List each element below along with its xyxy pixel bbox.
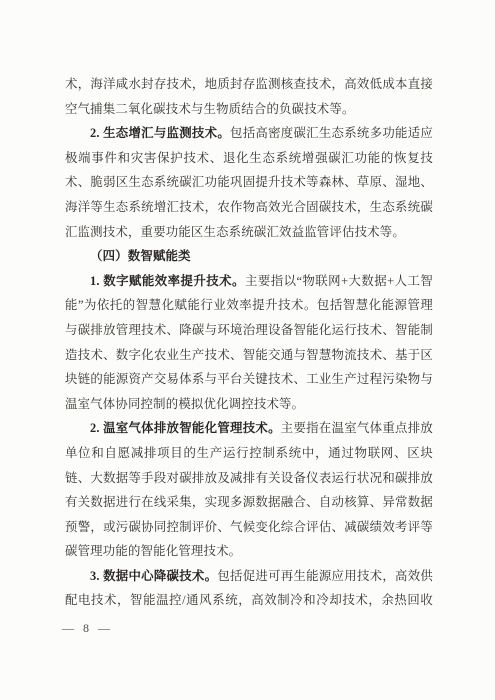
text-run: 术、脆弱区生态系统碳汇功能巩固提升技术等森林、草原、湿地、 — [65, 175, 433, 189]
text-run: 海洋等生态系统增汇技术，农作物高效光合固碳技术，生态系统碳 — [65, 200, 433, 214]
text-line: 配电技术，智能温控/通风系统，高效制冷和冷却技术，余热回收 — [65, 588, 433, 613]
text-run: 碳管理功能的智能化管理技术。 — [65, 544, 241, 558]
text-line: 海洋等生态系统增汇技术，农作物高效光合固碳技术，生态系统碳 — [65, 195, 433, 220]
text-run: 能”为依托的智慧化赋能行业效率提升技术。包括智慧化能源管理 — [65, 298, 433, 312]
document-page: 术，海洋咸水封存技术，地质封存监测核查技术，高效低成本直接空气捕集二氧化碳技术与… — [0, 0, 495, 700]
text-line: 3. 数据中心降碳技术。包括促进可再生能源应用技术，高效供 — [65, 564, 433, 589]
text-run: 单位和自愿减排项目的生产运行控制系统中，通过物联网、区块 — [65, 446, 433, 460]
text-run: 术，海洋咸水封存技术，地质封存监测核查技术，高效低成本直接 — [65, 77, 433, 91]
text-line: 块链的能源资产交易体系与平台关键技术、工业生产过程污染物与 — [65, 367, 433, 392]
bold-text-run: （四）数智赋能类 — [90, 249, 191, 263]
text-line: 单位和自愿减排项目的生产运行控制系统中，通过物联网、区块 — [65, 441, 433, 466]
text-line: 极端事件和灾害保护技术、退化生态系统增强碳汇功能的恢复技 — [65, 146, 433, 171]
text-line: 汇监测技术，重要功能区生态系统碳汇效益监管评估技术等。 — [65, 220, 433, 245]
bold-text-run: 3. 数据中心降碳技术。 — [90, 569, 217, 583]
text-run: 链、大数据等手段对碳排放及减排有关设备仪表运行状况和碳排放 — [65, 471, 433, 485]
text-line: 有关数据进行在线采集，实现多源数据融合、自动核算、异常数据 — [65, 490, 433, 515]
text-line: 2. 温室气体排放智能化管理技术。主要指在温室气体重点排放 — [65, 416, 433, 441]
text-line: 能”为依托的智慧化赋能行业效率提升技术。包括智慧化能源管理 — [65, 293, 433, 318]
bold-text-run: 2. 生态增汇与监测技术。 — [90, 126, 230, 140]
text-run: 造技术、数字化农业生产技术、智能交通与智慧物流技术、基于区 — [65, 348, 433, 362]
text-run: 配电技术，智能温控/通风系统，高效制冷和冷却技术，余热回收 — [65, 593, 433, 607]
text-run: 预警，或污碳协同控制评价、气候变化综合评估、减碳绩效考评等 — [65, 520, 433, 534]
text-line: 空气捕集二氧化碳技术与生物质结合的负碳技术等。 — [65, 97, 433, 122]
document-body: 术，海洋咸水封存技术，地质封存监测核查技术，高效低成本直接空气捕集二氧化碳技术与… — [65, 72, 433, 613]
text-line: 术，海洋咸水封存技术，地质封存监测核查技术，高效低成本直接 — [65, 72, 433, 97]
text-run: 有关数据进行在线采集，实现多源数据融合、自动核算、异常数据 — [65, 495, 433, 509]
text-line: 温室气体协同控制的模拟优化调控技术等。 — [65, 392, 433, 417]
text-run: 汇监测技术，重要功能区生态系统碳汇效益监管评估技术等。 — [65, 225, 405, 239]
text-run: 极端事件和灾害保护技术、退化生态系统增强碳汇功能的恢复技 — [65, 151, 433, 165]
text-run: 包括高密度碳汇生态系统多功能适应 — [230, 126, 433, 140]
text-line: 预警，或污碳协同控制评价、气候变化综合评估、减碳绩效考评等 — [65, 515, 433, 540]
text-run: 主要指在温室气体重点排放 — [281, 421, 433, 435]
text-line: 2. 生态增汇与监测技术。包括高密度碳汇生态系统多功能适应 — [65, 121, 433, 146]
text-line: 链、大数据等手段对碳排放及减排有关设备仪表运行状况和碳排放 — [65, 466, 433, 491]
page-number: — 8 — — [62, 621, 113, 636]
section-heading: （四）数智赋能类 — [65, 244, 433, 269]
text-line: 造技术、数字化农业生产技术、智能交通与智慧物流技术、基于区 — [65, 343, 433, 368]
text-run: 主要指以“物联网+大数据+人工智 — [245, 274, 433, 288]
text-run: 温室气体协同控制的模拟优化调控技术等。 — [65, 397, 304, 411]
text-run: 与碳排放管理技术、降碳与环境治理设备智能化运行技术、智能制 — [65, 323, 433, 337]
bold-text-run: 2. 温室气体排放智能化管理技术。 — [90, 421, 281, 435]
bold-text-run: 1. 数字赋能效率提升技术。 — [90, 274, 245, 288]
text-line: 术、脆弱区生态系统碳汇功能巩固提升技术等森林、草原、湿地、 — [65, 170, 433, 195]
text-run: 空气捕集二氧化碳技术与生物质结合的负碳技术等。 — [65, 102, 355, 116]
text-line: 1. 数字赋能效率提升技术。主要指以“物联网+大数据+人工智 — [65, 269, 433, 294]
text-run: 包括促进可再生能源应用技术，高效供 — [217, 569, 433, 583]
text-line: 碳管理功能的智能化管理技术。 — [65, 539, 433, 564]
text-line: 与碳排放管理技术、降碳与环境治理设备智能化运行技术、智能制 — [65, 318, 433, 343]
text-run: 块链的能源资产交易体系与平台关键技术、工业生产过程污染物与 — [65, 372, 433, 386]
